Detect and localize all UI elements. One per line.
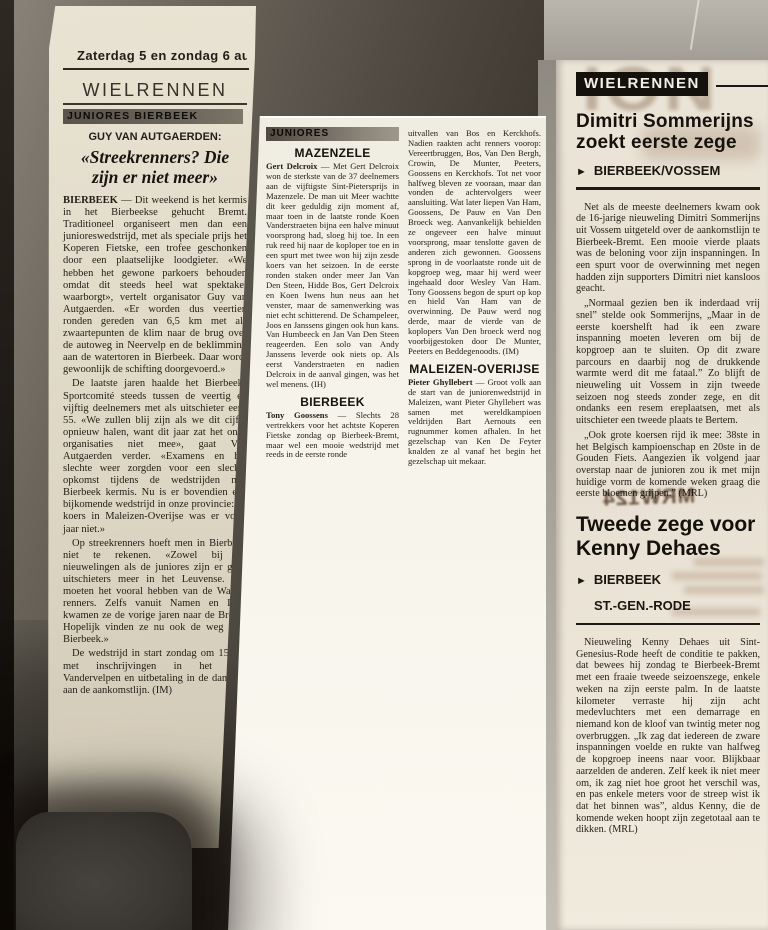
paragraph-lead: BIERBEEK (63, 195, 118, 206)
newspaper-clippings-photo: Zaterdag 5 en zondag 6 au WIELRENNEN JUN… (0, 0, 768, 930)
paragraph: „Normaal gezien ben ik inderdaad vrij sn… (576, 298, 760, 427)
paragraph: Nieuweling Kenny Dehaes uit Sint-Genesiu… (576, 637, 760, 836)
location-tag-label: BIERBEEK (594, 572, 661, 587)
column-right: uitvallen van Bos en Kerckhofs. Nadien r… (408, 127, 541, 469)
paragraph-lead: Tony Goossens (266, 410, 328, 420)
rule (576, 623, 760, 625)
paragraph-text: — Dit weekend is het kermis in het Bierb… (63, 195, 247, 375)
location-tag-label: BIERBEEK/VOSSEM (594, 163, 720, 178)
article-body: Net als de meeste deelnemers kwam ook de… (576, 202, 760, 501)
headline: «Streekrenners? Die zijn er niet meer» (63, 147, 247, 187)
result-heading: MAZENZELE (266, 146, 399, 160)
paragraph: BIERBEEK — Dit weekend is het kermis in … (63, 195, 247, 376)
paragraph-text: — Met Gert Delcroix won de sterkste van … (266, 161, 399, 389)
section-badge: WIELRENNEN (576, 72, 708, 96)
category-tag: JUNIORES BIERBEEK (63, 109, 243, 124)
location-tag: ►BIERBEEK/VOSSEM (576, 163, 760, 180)
date-line: Zaterdag 5 en zondag 6 au (63, 48, 247, 63)
paragraph: Tony Goossens — Slechts 28 vertrekkers v… (266, 411, 399, 461)
rule (716, 85, 768, 87)
paragraph: De wedstrijd in start zondag om 15 uur m… (63, 648, 247, 696)
headline: Tweede zege voor Kenny Dehaes (576, 513, 760, 561)
right-arrow-icon: ► (576, 165, 587, 180)
kicker: GUY VAN AUTGAERDEN: (63, 131, 247, 144)
middle-newspaper-clipping: JUNIORES MAZENZELE Gert Delcroix — Met G… (228, 116, 546, 930)
dark-shadow-object (16, 812, 192, 930)
category-tag: JUNIORES (266, 127, 399, 141)
location-tag: ►BIERBEEK (576, 572, 760, 589)
right-arrow-icon: ► (576, 574, 587, 589)
paragraph-lead: Pieter Ghyllebert (408, 377, 473, 387)
article-body: Nieuweling Kenny Dehaes uit Sint-Genesiu… (576, 637, 760, 836)
result-heading: BIERBEEK (266, 395, 399, 409)
article-body: Pieter Ghyllebert — Groot volk aan de st… (408, 378, 541, 467)
paragraph: Op streekrenners hoeft men in Bierbeek n… (63, 538, 247, 647)
rule (63, 68, 249, 70)
right-newspaper-clipping: ION MRW124 WIELRENNEN Dimitri Sommerijns… (556, 60, 768, 930)
location-tag-line2: ST.-GEN.-RODE (594, 598, 760, 613)
paragraph: Net als de meeste deelnemers kwam ook de… (576, 202, 760, 296)
result-heading: MALEIZEN-OVERIJSE (408, 362, 541, 376)
paragraph: De laatste jaren haalde het Bierbeeks Sp… (63, 378, 247, 535)
column-left: JUNIORES MAZENZELE Gert Delcroix — Met G… (266, 127, 399, 469)
article-body: uitvallen van Bos en Kerckhofs. Nadien r… (408, 129, 541, 357)
rule (576, 187, 760, 190)
article-body: Tony Goossens — Slechts 28 vertrekkers v… (266, 411, 399, 461)
bleedthrough-smudge: MRW124 (602, 484, 696, 511)
article-body: BIERBEEK — Dit weekend is het kermis in … (63, 195, 247, 697)
section-title: WIELRENNEN (63, 80, 247, 100)
paragraph: Gert Delcroix — Met Gert Delcroix won de… (266, 162, 399, 390)
paragraph: uitvallen van Bos en Kerckhofs. Nadien r… (408, 129, 541, 357)
paragraph-text: — Groot volk aan de start van de juniore… (408, 377, 541, 466)
headline: Dimitri Sommerijns zoekt eerste zege (576, 111, 760, 153)
rule (63, 103, 247, 105)
paragraph: Pieter Ghyllebert — Groot volk aan de st… (408, 378, 541, 467)
article-body: Gert Delcroix — Met Gert Delcroix won de… (266, 162, 399, 390)
paragraph-lead: Gert Delcroix (266, 161, 317, 171)
